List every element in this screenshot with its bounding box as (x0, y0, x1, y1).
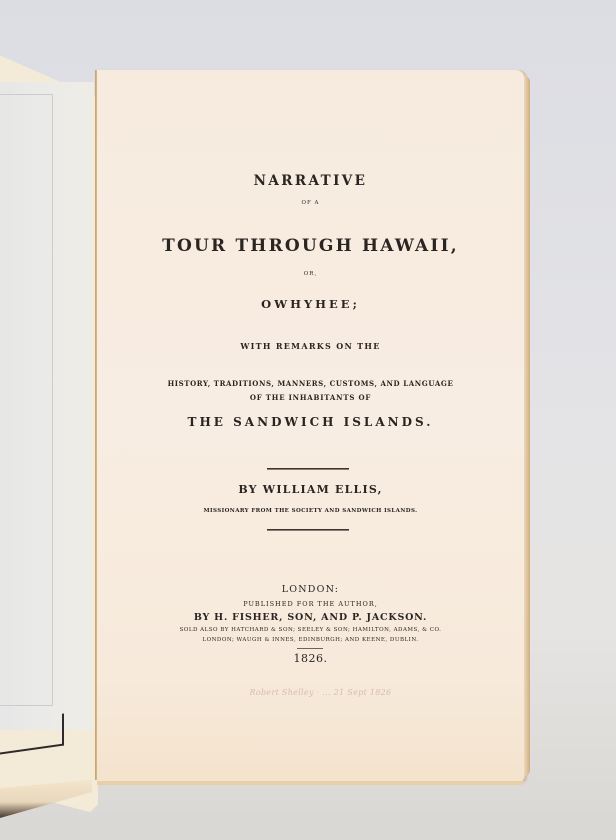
imprint-sold-also-2: LONDON; WAUGH & INNES, EDINBURGH; AND KE… (97, 637, 524, 643)
title-owhyhee: OWHYHEE; (97, 297, 524, 311)
author-line: BY WILLIAM ELLIS, (97, 483, 524, 496)
book-photograph: NARRATIVE OF A TOUR THROUGH HAWAII, OR, … (0, 0, 616, 840)
subtitle-remarks: WITH REMARKS ON THE (97, 341, 524, 351)
title-narrative: NARRATIVE (97, 173, 524, 189)
handwritten-inscription: Robert Shelley · ... 21 Sept 1826 (107, 688, 534, 697)
tissue-guard (0, 82, 94, 730)
decorative-rule-bottom (267, 529, 349, 531)
title-main: TOUR THROUGH HAWAII, (97, 236, 524, 256)
title-or: OR, (97, 271, 524, 277)
title-of-a: OF A (97, 200, 524, 206)
subtitle-inhabitants: OF THE INHABITANTS OF (97, 393, 524, 402)
subtitle-sandwich-islands: THE SANDWICH ISLANDS. (97, 415, 524, 429)
imprint-publishers: BY H. FISHER, SON, AND P. JACKSON. (97, 612, 524, 623)
subtitle-history: HISTORY, TRADITIONS, MANNERS, CUSTOMS, A… (97, 379, 524, 388)
imprint-published-for: PUBLISHED FOR THE AUTHOR, (97, 600, 524, 608)
decorative-rule-top (267, 468, 349, 470)
imprint-year: 1826. (97, 652, 524, 665)
title-page: NARRATIVE OF A TOUR THROUGH HAWAII, OR, … (97, 70, 524, 782)
imprint-sold-also-1: SOLD ALSO BY HATCHARD & SON; SEELEY & SO… (97, 627, 524, 633)
author-description: MISSIONARY FROM THE SOCIETY AND SANDWICH… (97, 508, 524, 514)
page-fore-edge (524, 76, 530, 776)
imprint-place: LONDON: (97, 584, 524, 595)
frontispiece-frame-outline (0, 94, 53, 706)
page-bottom-edge (97, 781, 524, 785)
year-rule (297, 648, 323, 649)
